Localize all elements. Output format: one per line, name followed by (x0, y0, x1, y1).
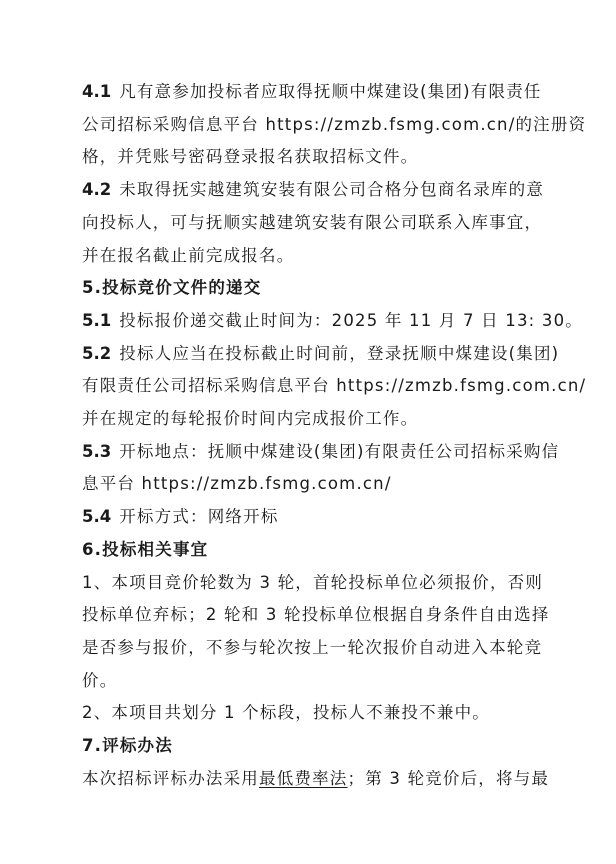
clause-number: 4.1 (82, 82, 111, 101)
clause-5-2-line-1: 5.2投标人应当在投标截止时间前，登录抚顺中煤建设(集团) (82, 343, 522, 365)
clause-number: 5.2 (82, 344, 111, 363)
clause-4-1-line-1: 4.1凡有意参加投标者应取得抚顺中煤建设(集团)有限责任 (82, 81, 522, 103)
clause-4-2-line-3: 并在报名截止前完成报名。 (82, 245, 532, 267)
item-1-line-3: 是否参与报价，不参与轮次按上一轮次报价自动进入本轮竞 (82, 637, 522, 659)
item-1-line-1: 1、本项目竞价轮数为 3 轮，首轮投标单位必须报价，否则 (82, 572, 522, 594)
clause-4-2-line-1: 4.2未取得抚实越建筑安装有限公司合格分包商名录库的意 (82, 179, 522, 201)
clause-4-1-line-3: 格，并凭账号密码登录报名获取招标文件。 (82, 146, 532, 168)
clause-5-1-line-1: 5.1投标报价递交截止时间为：2025 年 11 月 7 日 13: 30。 (82, 310, 532, 332)
section-heading-7: 7.评标办法 (82, 735, 532, 757)
clause-4-2-line-2: 向投标人，可与抚顺实越建筑安装有限公司联系入库事宜， (82, 212, 532, 234)
clause-4-1-line-2: 公司招标采购信息平台 https://zmzb.fsmg.com.cn/的注册资 (82, 114, 522, 136)
clause-number: 4.2 (82, 180, 111, 199)
section-heading-5: 5.投标竞价文件的递交 (82, 277, 532, 299)
clause-number: 5.4 (82, 507, 111, 526)
item-2-line-1: 2、本项目共划分 1 个标段，投标人不兼投不兼中。 (82, 702, 532, 724)
clause-5-2-line-3: 并在规定的每轮报价时间内完成报价工作。 (82, 408, 532, 430)
document-page: 4.1凡有意参加投标者应取得抚顺中煤建设(集团)有限责任 公司招标采购信息平台 … (0, 0, 616, 864)
clause-5-2-line-2: 有限责任公司招标采购信息平台 https://zmzb.fsmg.com.cn/ (82, 375, 522, 397)
clause-5-4-line-1: 5.4开标方式：网络开标 (82, 506, 532, 528)
clause-5-3-line-2: 息平台 https://zmzb.fsmg.com.cn/ (82, 473, 532, 495)
clause-number: 5.1 (82, 311, 111, 330)
item-1-line-4: 价。 (82, 670, 532, 692)
clause-5-3-line-1: 5.3开标地点：抚顺中煤建设(集团)有限责任公司招标采购信 (82, 441, 522, 463)
clause-number: 5.3 (82, 442, 111, 461)
section-heading-6: 6.投标相关事宜 (82, 539, 532, 561)
evaluation-method-line: 本次招标评标办法采用最低费率法；第 3 轮竞价后，将与最 (82, 768, 532, 790)
item-1-line-2: 投标单位弃标；2 轮和 3 轮投标单位根据自身条件自由选择 (82, 604, 522, 626)
underlined-method: 最低费率法 (259, 769, 348, 788)
